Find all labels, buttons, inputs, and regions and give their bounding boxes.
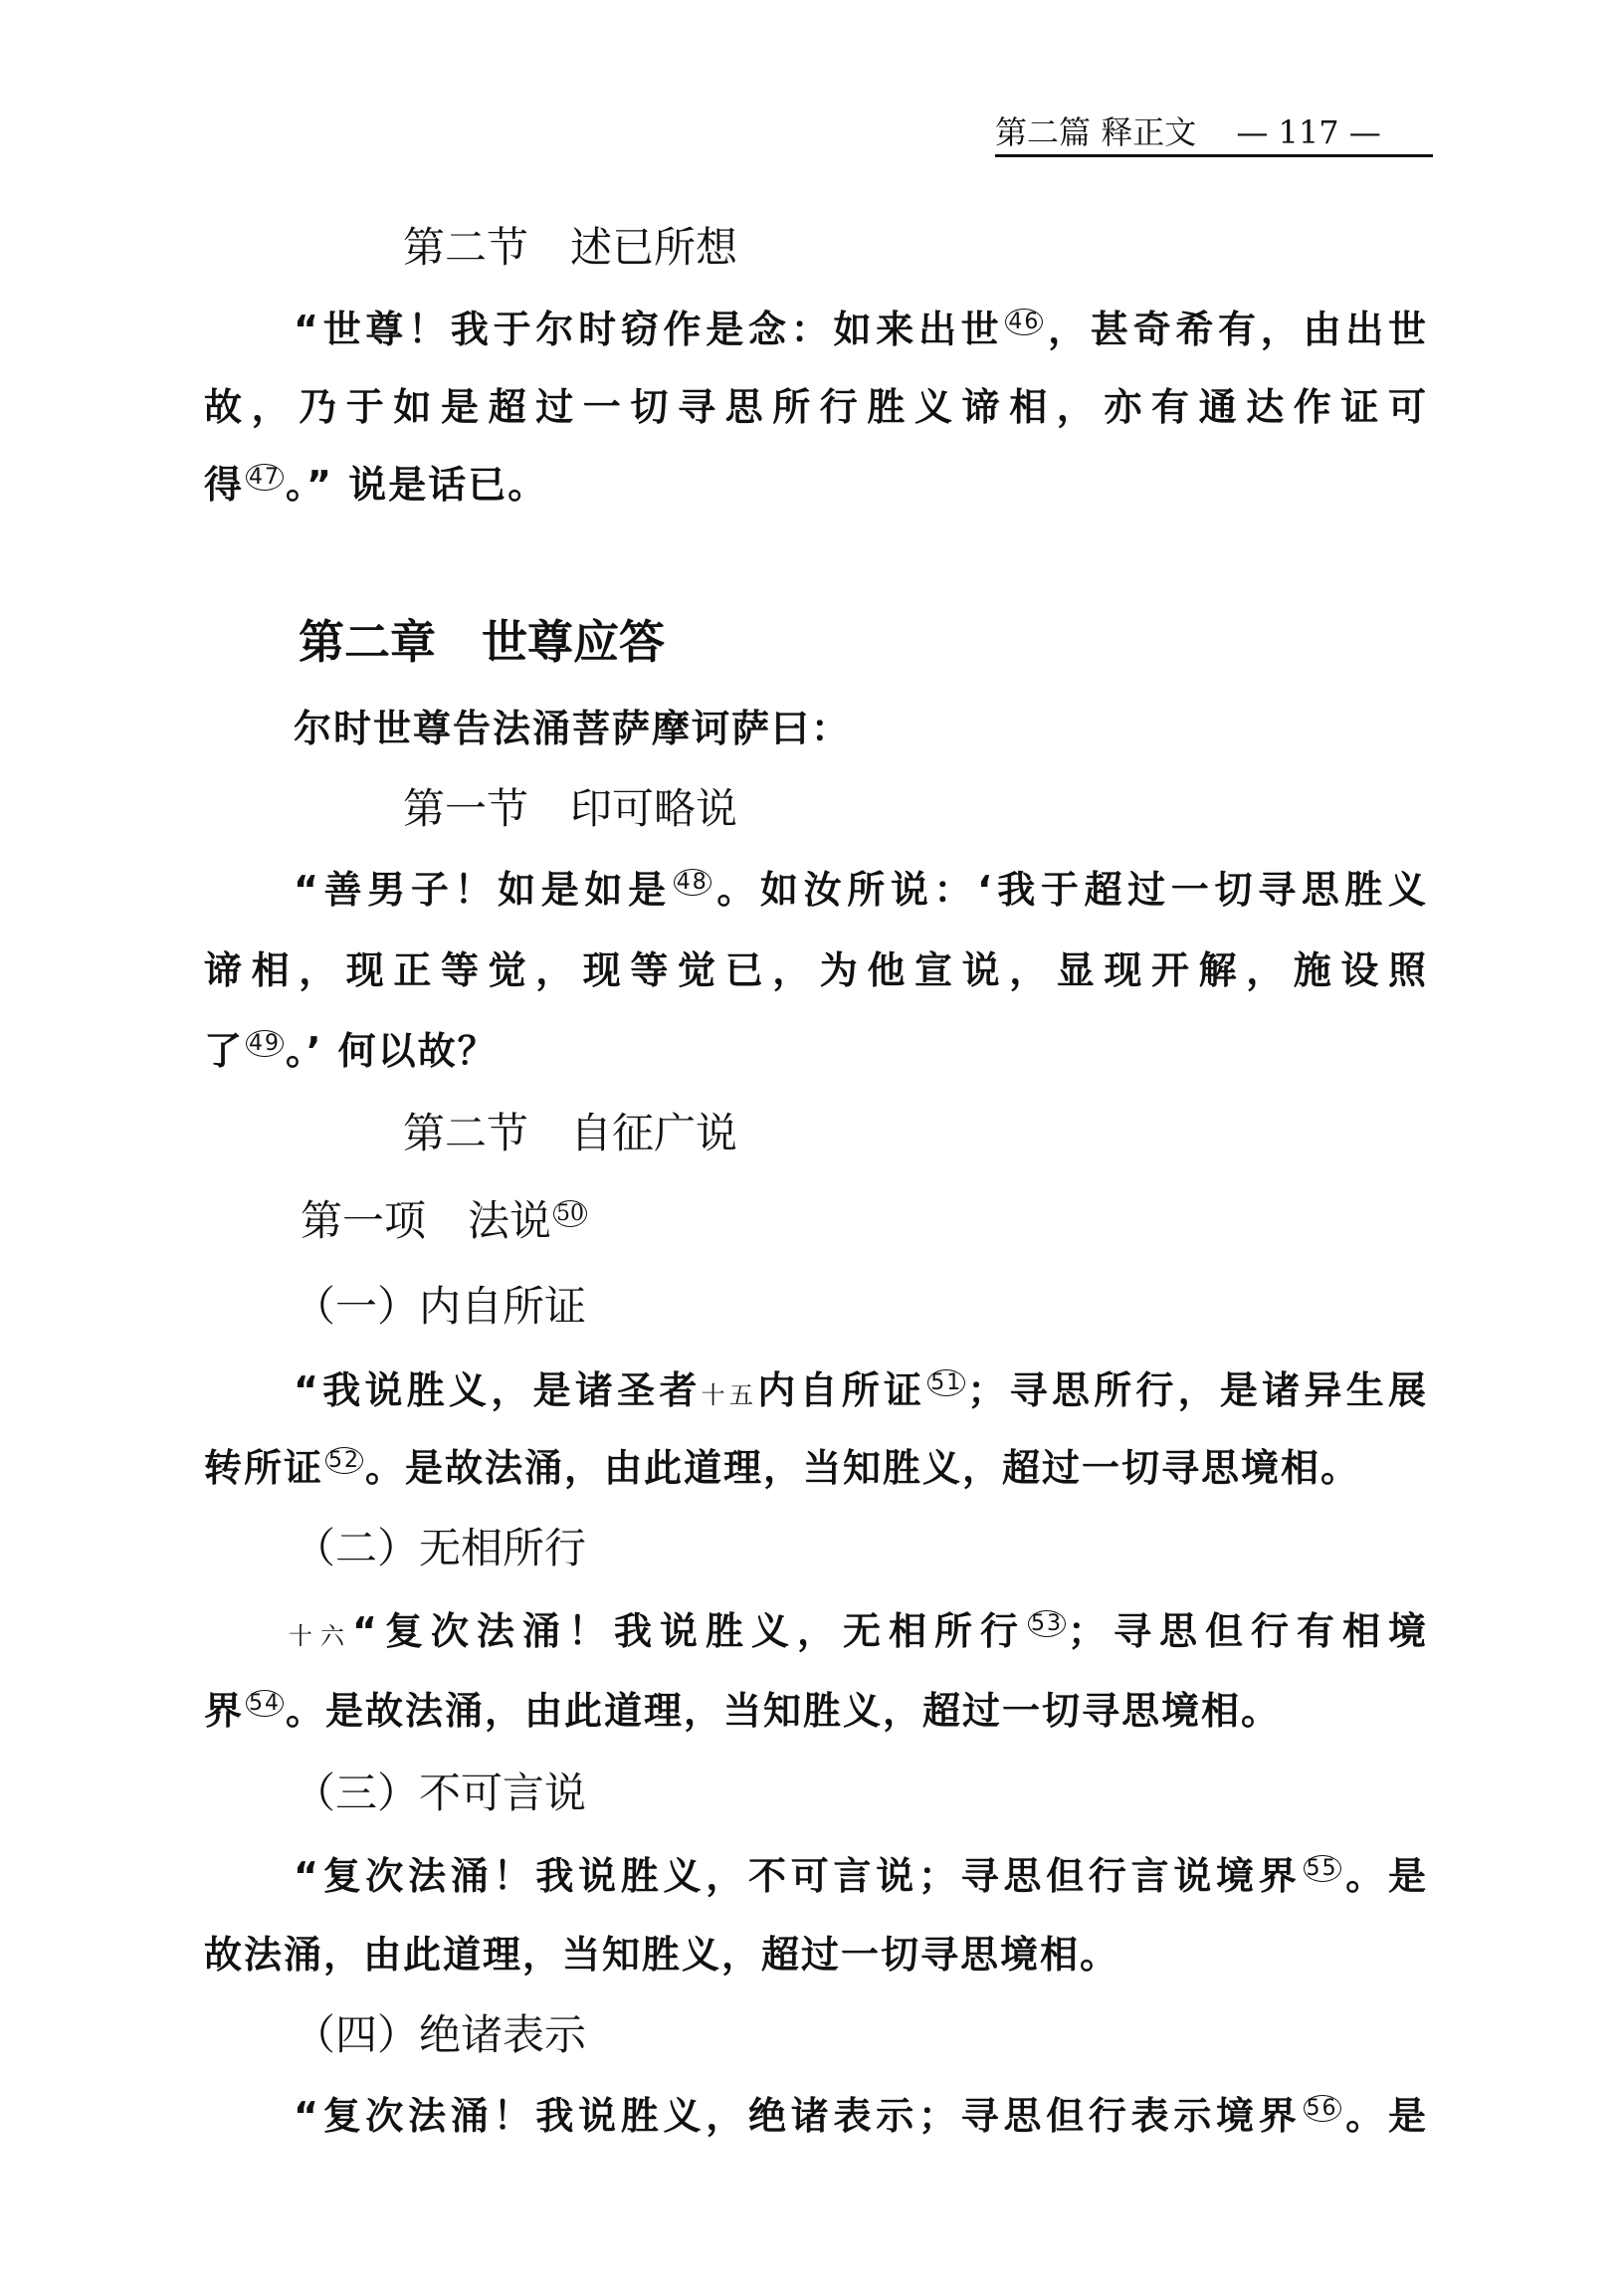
paragraph-line: “复次法涌！我说胜义，不可言说；寻思但行言说境界55。是 (204, 1857, 1428, 1895)
subsection-heading: （一）内自所证 (294, 1286, 586, 1328)
paragraph-line: 谛相，现正等觉，现等觉已，为他宣说，显现开解，施设照 (204, 951, 1428, 989)
footnote-ref[interactable]: 54 (246, 1690, 284, 1717)
section-heading: 第二节 自征广说 (403, 1113, 737, 1154)
item-heading: 第一项 法说50 (301, 1200, 589, 1242)
paragraph-line: 得47。” 说是话已。 (204, 466, 547, 504)
footnote-ref[interactable]: 55 (1304, 1855, 1341, 1882)
paragraph-line: 故，乃于如是超过一切寻思所行胜义谛相，亦有通达作证可 (204, 388, 1428, 426)
subsection-heading: （三）不可言说 (294, 1773, 586, 1814)
intro-line: 尔时世尊告法涌菩萨摩诃萨曰： (294, 710, 851, 747)
paragraph-line: 故法涌，由此道理，当知胜义，超过一切寻思境相。 (204, 1936, 1119, 1974)
subsection-heading: （四）绝诸表示 (294, 2014, 586, 2056)
footnote-ref[interactable]: 46 (1005, 309, 1043, 335)
page-number: — 117 — (1236, 113, 1380, 151)
paragraph-line: 转所证52。是故法涌，由此道理，当知胜义，超过一切寻思境相。 (204, 1449, 1360, 1487)
footnote-ref[interactable]: 52 (325, 1447, 363, 1474)
header-rule (995, 154, 1433, 157)
paragraph-line: 界54。是故法涌，由此道理，当知胜义，超过一切寻思境相。 (204, 1692, 1281, 1730)
footnote-ref[interactable]: 48 (674, 869, 711, 896)
footnote-ref[interactable]: 49 (246, 1030, 284, 1057)
subsection-heading: （二）无相所行 (294, 1528, 586, 1569)
paragraph-line: “复次法涌！我说胜义，绝诸表示；寻思但行表示境界56。是 (204, 2097, 1428, 2135)
footnote-ref[interactable]: 47 (246, 464, 284, 491)
section-heading: 第一节 印可略说 (403, 788, 737, 830)
chapter-heading: 第二章 世尊应答 (299, 619, 665, 665)
paragraph-line: “世尊！我于尔时窃作是念：如来出世46，甚奇希有，由出世 (204, 311, 1428, 348)
footnote-ref[interactable]: 50 (553, 1200, 587, 1227)
footnote-ref[interactable]: 51 (927, 1369, 965, 1396)
footnote-ref[interactable]: 56 (1304, 2095, 1341, 2122)
header-text: 第二篇 释正文 — 117 — (995, 107, 1433, 153)
paragraph-line: “我说胜义，是诸圣者十五内自所证51；寻思所行，是诸异生展 (204, 1371, 1428, 1409)
margin-number: 十五 (702, 1381, 758, 1409)
margin-number: 十六 (289, 1622, 352, 1650)
section-heading: 第二节 述已所想 (403, 227, 737, 269)
paragraph-line: 十六“复次法涌！我说胜义，无相所行53；寻思但行有相境 (204, 1612, 1428, 1650)
paragraph-line: “善男子！如是如是48。如汝所说：‘我于超过一切寻思胜义 (204, 871, 1428, 909)
footnote-ref[interactable]: 53 (1028, 1610, 1066, 1637)
paragraph-line: 了49。’ 何以故？ (204, 1032, 498, 1070)
header-part: 第二篇 (995, 113, 1091, 151)
header-title: 释正文 (1101, 113, 1196, 151)
